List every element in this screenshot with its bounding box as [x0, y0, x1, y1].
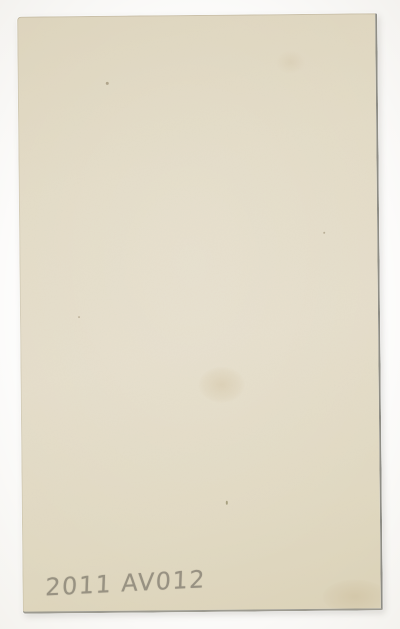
photo-card-back: 2011 AV012: [17, 13, 383, 613]
paper-speck: [323, 232, 325, 234]
paper-stain-top-right: [275, 50, 305, 74]
paper-stain-center: [199, 367, 245, 403]
paper-speck: [78, 316, 80, 318]
photo-backdrop: 2011 AV012: [0, 0, 400, 629]
paper-grain-texture: [17, 13, 381, 611]
accession-number-handwriting: 2011 AV012: [45, 565, 207, 601]
paper-stain-bottom-right: [323, 579, 383, 613]
paper-speck: [226, 501, 228, 505]
paper-speck: [106, 82, 109, 85]
